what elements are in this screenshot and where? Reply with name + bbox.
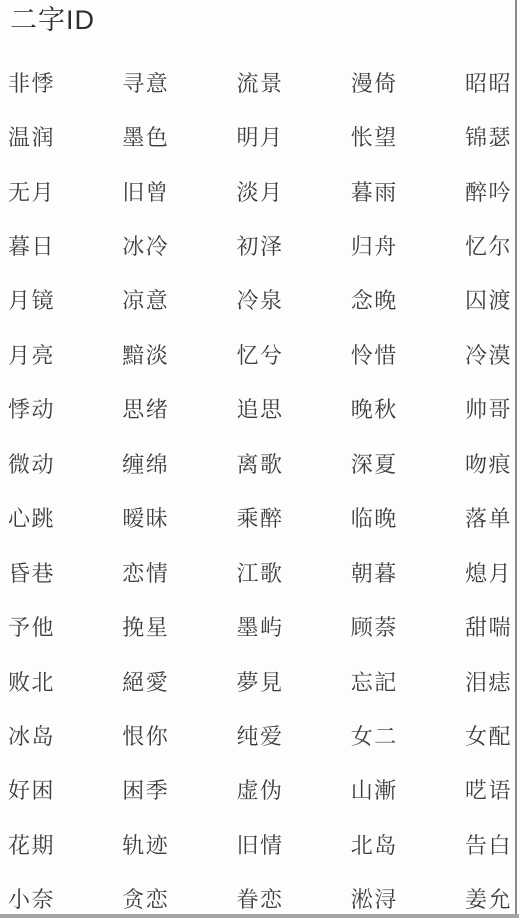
id-item: 乘醉 (236, 502, 283, 533)
id-item: 暮日 (8, 230, 55, 261)
right-border-line (515, 0, 517, 918)
id-item: 临晚 (351, 502, 398, 533)
id-item: 旧曾 (122, 176, 169, 207)
id-item: 女配 (465, 720, 512, 751)
id-item: 纯爱 (236, 720, 283, 751)
id-item: 深夏 (351, 448, 398, 479)
id-item: 无月 (8, 176, 55, 207)
id-item: 墨色 (122, 121, 169, 152)
id-item: 囚渡 (465, 284, 512, 315)
id-item: 晚秋 (351, 393, 398, 424)
id-item: 墨屿 (236, 611, 283, 642)
id-item: 温润 (8, 121, 55, 152)
id-item: 小奈 (8, 883, 55, 914)
id-item: 思绪 (122, 393, 169, 424)
id-item: 轨迹 (122, 829, 169, 860)
id-row: 予他挽星墨屿顾萘甜喘 (0, 599, 519, 653)
id-item: 归舟 (351, 230, 398, 261)
id-item: 旧情 (236, 829, 283, 860)
id-item: 心跳 (8, 502, 55, 533)
id-row: 无月旧曾淡月暮雨醉吟 (0, 164, 519, 218)
id-item: 暧昧 (122, 502, 169, 533)
id-item: 昭昭 (465, 67, 512, 98)
id-item: 淡月 (236, 176, 283, 207)
id-item: 呓语 (465, 774, 512, 805)
id-item: 熄月 (465, 557, 512, 588)
id-item: 夢見 (236, 666, 283, 697)
id-row: 非悸寻意流景漫倚昭昭 (0, 55, 519, 109)
id-item: 怅望 (351, 121, 398, 152)
id-item: 淞浔 (351, 883, 398, 914)
id-item: 冷泉 (236, 284, 283, 315)
id-item: 姜允 (465, 883, 512, 914)
id-item: 败北 (8, 666, 55, 697)
id-item: 明月 (236, 121, 283, 152)
id-item: 冷漠 (465, 339, 512, 370)
id-item: 朝暮 (351, 557, 398, 588)
id-item: 贪恋 (122, 883, 169, 914)
id-item: 女二 (351, 720, 398, 751)
id-row: 微动缠绵离歌深夏吻痕 (0, 436, 519, 490)
id-grid: 非悸寻意流景漫倚昭昭温润墨色明月怅望锦瑟无月旧曾淡月暮雨醉吟暮日冰冷初泽归舟忆尔… (0, 55, 519, 918)
id-item: 追思 (236, 393, 283, 424)
id-item: 恋情 (122, 557, 169, 588)
id-item: 悸动 (8, 393, 55, 424)
id-item: 醉吟 (465, 176, 512, 207)
id-item: 凉意 (122, 284, 169, 315)
id-item: 昏巷 (8, 557, 55, 588)
id-item: 离歌 (236, 448, 283, 479)
bottom-border-line (0, 914, 519, 918)
id-item: 流景 (236, 67, 283, 98)
id-item: 絕愛 (122, 666, 169, 697)
id-row: 温润墨色明月怅望锦瑟 (0, 109, 519, 163)
id-item: 缠绵 (122, 448, 169, 479)
id-item: 冰岛 (8, 720, 55, 751)
id-item: 顾萘 (351, 611, 398, 642)
id-item: 好困 (8, 774, 55, 805)
page-title: 二字ID (10, 3, 95, 37)
id-row: 悸动思绪追思晚秋帅哥 (0, 382, 519, 436)
id-item: 冰冷 (122, 230, 169, 261)
id-row: 月亮黯淡忆兮怜惜冷漠 (0, 327, 519, 381)
id-item: 虚伪 (236, 774, 283, 805)
id-item: 锦瑟 (465, 121, 512, 152)
id-row: 小奈贪恋眷恋淞浔姜允 (0, 872, 519, 918)
id-item: 恨你 (122, 720, 169, 751)
id-row: 暮日冰冷初泽归舟忆尔 (0, 218, 519, 272)
id-item: 甜喘 (465, 611, 512, 642)
id-item: 忆尔 (465, 230, 512, 261)
id-item: 告白 (465, 829, 512, 860)
id-item: 微动 (8, 448, 55, 479)
id-row: 心跳暧昧乘醉临晚落单 (0, 491, 519, 545)
id-row: 败北絕愛夢見忘記泪痣 (0, 654, 519, 708)
id-item: 暮雨 (351, 176, 398, 207)
id-item: 帅哥 (465, 393, 512, 424)
id-item: 挽星 (122, 611, 169, 642)
id-item: 忘記 (351, 666, 398, 697)
id-item: 非悸 (8, 67, 55, 98)
id-item: 寻意 (122, 67, 169, 98)
id-row: 月镜凉意冷泉念晚囚渡 (0, 273, 519, 327)
id-item: 月亮 (8, 339, 55, 370)
id-row: 花期轨迹旧情北岛告白 (0, 817, 519, 871)
id-item: 黯淡 (122, 339, 169, 370)
id-row: 冰岛恨你纯爱女二女配 (0, 708, 519, 762)
id-item: 月镜 (8, 284, 55, 315)
id-item: 困季 (122, 774, 169, 805)
id-item: 落单 (465, 502, 512, 533)
id-item: 念晚 (351, 284, 398, 315)
id-item: 泪痣 (465, 666, 512, 697)
id-item: 予他 (8, 611, 55, 642)
id-row: 昏巷恋情江歌朝暮熄月 (0, 545, 519, 599)
id-item: 初泽 (236, 230, 283, 261)
screenshot-root: 二字ID 非悸寻意流景漫倚昭昭温润墨色明月怅望锦瑟无月旧曾淡月暮雨醉吟暮日冰冷初… (0, 0, 519, 918)
id-item: 北岛 (351, 829, 398, 860)
id-item: 花期 (8, 829, 55, 860)
id-row: 好困困季虚伪山漸呓语 (0, 763, 519, 817)
id-item: 山漸 (351, 774, 398, 805)
id-item: 江歌 (236, 557, 283, 588)
id-item: 吻痕 (465, 448, 512, 479)
id-item: 忆兮 (236, 339, 283, 370)
id-item: 眷恋 (236, 883, 283, 914)
id-item: 怜惜 (351, 339, 398, 370)
id-item: 漫倚 (351, 67, 398, 98)
